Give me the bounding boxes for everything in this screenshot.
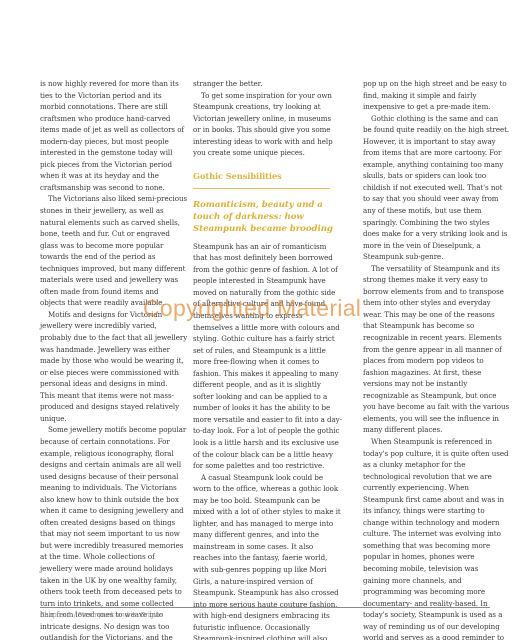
text-line: made by those who would be wearing it,: [40, 355, 182, 367]
text-line: pick pieces from the Victorian period: [40, 159, 182, 171]
text-line: Steampunk creations, try looking at: [193, 101, 335, 113]
text-line: ties to the Victorian period and its: [40, 90, 182, 102]
text-line: from the gothic genre of fashion. A lot …: [193, 264, 335, 276]
sub-heading-line: Steampunk became brooding: [193, 223, 335, 235]
text-line: people interested in Steampunk have: [193, 275, 335, 287]
text-column-3: pop up on the high street and be easy to…: [363, 78, 499, 640]
text-line: is now highly revered for more than its: [40, 78, 182, 90]
text-line: worn to the office, whereas a gothic loo…: [193, 483, 335, 495]
text-line: into more serious haute couture fashion,: [193, 599, 335, 611]
column-2-intro: stranger the better.To get some inspirat…: [193, 78, 335, 159]
text-line: interesting ideas to work with and help: [193, 136, 335, 148]
text-line: moved on naturally from the gothic side: [193, 287, 335, 299]
text-line: set of rules, and Steampunk is a little: [193, 345, 335, 357]
text-line: recognizable as Steampunk, but once: [363, 390, 499, 402]
text-line: futuristic influence. Occasionally: [193, 622, 335, 634]
text-line: many different genres, and into the: [193, 529, 335, 541]
text-line: gaining more channels, and: [363, 575, 499, 587]
text-line: mixed with a lot of other styles to make…: [193, 506, 335, 518]
text-line: designs and certain animals are all well: [40, 459, 182, 471]
text-line: Motifs and designs for Victorian: [40, 309, 182, 321]
text-line: with sub-genres popping up like Mori: [193, 564, 335, 576]
text-line: To get some inspiration for your own: [193, 90, 335, 102]
text-line: Steampunk has an air of romanticism: [193, 241, 335, 253]
text-line: that Steampunk has become so: [363, 320, 499, 332]
text-line: bone, teeth and fur. Cut or engraved: [40, 228, 182, 240]
text-line: number of looks it has the ability to be: [193, 402, 335, 414]
text-line: Some jewellery motifs become popular: [40, 424, 182, 436]
text-line: themselves a little more with colours an…: [193, 322, 335, 334]
column-2-body: Steampunk has an air of romanticismthat …: [193, 241, 335, 640]
sub-heading-line: touch of darkness: how: [193, 211, 335, 223]
text-line: may be too bold. Steampunk can be: [193, 495, 335, 507]
text-line: also knew how to think outside the box: [40, 494, 182, 506]
text-line: any of these motifs, but use them: [363, 205, 499, 217]
text-line: you create some unique pieces.: [193, 147, 335, 159]
text-line: probably due to the fact that all jewell…: [40, 332, 182, 344]
text-line: pop up on the high street and be easy to: [363, 78, 499, 90]
text-line: When Steampunk is referenced in: [363, 436, 499, 448]
text-line: more free-flowing when it comes to: [193, 356, 335, 368]
text-column-2: stranger the better.To get some inspirat…: [193, 78, 335, 640]
text-line: popular in homes, phones were: [363, 551, 499, 563]
text-line: borrow elements from and to transpose: [363, 286, 499, 298]
text-line: stranger the better.: [193, 78, 335, 90]
text-line: becoming mobile, television was: [363, 563, 499, 575]
text-line: This meant that items were not mass-: [40, 390, 182, 402]
text-line: materials were used and jewellery was: [40, 274, 182, 286]
text-line: modern-day pieces, but most people: [40, 136, 182, 148]
text-line: strong themes make it very easy to: [363, 274, 499, 286]
text-line: different people, and as it is slightly: [193, 379, 335, 391]
text-line: unique.: [40, 413, 182, 425]
text-column-1: is now highly revered for more than itst…: [40, 78, 182, 640]
running-footer: Chapter 1 / Steampunk and its Origins: [40, 611, 163, 619]
text-line: find, making it simple and fairly: [363, 90, 499, 102]
text-line: when it came to designing jewellery and: [40, 505, 182, 517]
text-line: stones in their jewellery, as well as: [40, 205, 182, 217]
text-line: was handmade. Jewellery was either: [40, 344, 182, 356]
text-line: jewellery were made around holidays: [40, 563, 182, 575]
text-line: meaning to individuals. The Victorians: [40, 482, 182, 494]
text-line: craftsmen who produce hand-carved: [40, 113, 182, 125]
text-line: styling. Gothic culture has a fairly str…: [193, 333, 335, 345]
text-line: items made of jet as well as collectors …: [40, 124, 182, 136]
footer-divider: [40, 607, 490, 608]
text-line: its infancy, things were starting to: [363, 505, 499, 517]
text-line: outlandish for the Victorians, and the: [40, 632, 182, 640]
text-line: often made from found items and: [40, 286, 182, 298]
text-line: but were incredibly treasured memories: [40, 540, 182, 552]
text-line: technological revolution that we are: [363, 471, 499, 483]
text-line: with high-end designers embracing its: [193, 610, 335, 622]
text-line: Victorian jewellery online, in museums: [193, 113, 335, 125]
text-line: more versatile and easier to fit into a …: [193, 414, 335, 426]
text-line: to-day look. For a lot of people the got…: [193, 425, 335, 437]
text-line: at the time. Whole collections of: [40, 551, 182, 563]
text-line: from items that are more cartoony. For: [363, 147, 499, 159]
text-line: skulls, bats or spiders can look too: [363, 170, 499, 182]
text-line: you have become au fait with the various: [363, 401, 499, 413]
text-line: objects that were readily available.: [40, 297, 182, 309]
text-line: because of certain connotations. For: [40, 436, 182, 448]
text-line: when it was at its heyday and the: [40, 170, 182, 182]
text-line: many different places.: [363, 424, 499, 436]
text-line: change within technology and modern: [363, 517, 499, 529]
text-line: culture. The internet was evolving into: [363, 528, 499, 540]
text-line: way of reminding us of our developing: [363, 621, 499, 633]
text-line: softer looking and can be applied to a: [193, 391, 335, 403]
text-line: be found quite readily on the high stree…: [363, 124, 499, 136]
text-line: lighter, and has managed to merge into: [193, 518, 335, 530]
text-line: inexpensive to get a pre-made item.: [363, 101, 499, 113]
text-line: or in books. This should give you some: [193, 124, 335, 136]
text-line: others took teeth from deceased pets to: [40, 586, 182, 598]
text-line: from the genre appear in all manner of: [363, 344, 499, 356]
text-line: currently experiencing. When: [363, 482, 499, 494]
text-line: personal ideas and designs in mind.: [40, 378, 182, 390]
text-line: intricate designs. No design was too: [40, 621, 182, 633]
text-line: Steampunk-inspired clothing will also: [193, 633, 335, 640]
text-line: Steampunk. Steampunk has also crossed: [193, 587, 335, 599]
text-line: morbid connotations. There are still: [40, 101, 182, 113]
text-line: to say that you should veer away from: [363, 193, 499, 205]
text-line: childish if not executed well. That's no…: [363, 182, 499, 194]
section-heading: Gothic Sensibilities: [193, 170, 330, 189]
text-line: something that was becoming more: [363, 540, 499, 552]
text-line: does make for a very striking look and i…: [363, 228, 499, 240]
sub-heading-line: Romanticism, beauty and a: [193, 199, 335, 211]
text-line: themselves wanting to express: [193, 310, 335, 322]
text-line: recognizable in recent years. Elements: [363, 332, 499, 344]
text-line: often created designs based on things: [40, 517, 182, 529]
text-line: craftsmanship was second to none.: [40, 182, 182, 194]
text-line: techniques improved, but many different: [40, 263, 182, 275]
text-line: used designs because of their personal: [40, 471, 182, 483]
text-line: or else pieces were commissioned with: [40, 367, 182, 379]
text-line: reaches into the fantasy, faerie world,: [193, 552, 335, 564]
text-line: fashion. This makes it appealing to many: [193, 368, 335, 380]
text-line: mainstream in some cases. It also: [193, 541, 335, 553]
text-line: sparingly. Combining the two styles: [363, 217, 499, 229]
text-line: that has most definitely been borrowed: [193, 252, 335, 264]
text-line: programming was becoming more: [363, 586, 499, 598]
text-line: as a clunky metaphor for the: [363, 459, 499, 471]
text-line: A casual Steampunk look could be: [193, 472, 335, 484]
text-line: natural elements such as carved shells,: [40, 217, 182, 229]
text-line: today's pop culture, it is quite often u…: [363, 448, 499, 460]
text-line: look is a little harsh and its exclusive…: [193, 437, 335, 449]
text-line: fashion magazines. At first, these: [363, 367, 499, 379]
text-line: jewellery were incredibly varied,: [40, 320, 182, 332]
text-line: more in the vein of Dieselpunk, a: [363, 240, 499, 252]
text-line: today's society, Steampunk is used as a: [363, 609, 499, 621]
text-line: example, anything containing too many: [363, 159, 499, 171]
sub-heading: Romanticism, beauty and a touch of darkn…: [193, 199, 335, 236]
text-line: places from modern pop videos to: [363, 355, 499, 367]
text-line: Steampunk sub-genre.: [363, 251, 499, 263]
text-line: of alternative culture and have found: [193, 298, 335, 310]
text-line: Girls, a nature-inspired version of: [193, 576, 335, 588]
text-line: However, it is important to stay away: [363, 136, 499, 148]
text-line: taken in the UK by one wealthy family,: [40, 575, 182, 587]
text-line: produced and designs stayed relatively: [40, 401, 182, 413]
text-line: example, religious iconography, floral: [40, 448, 182, 460]
text-line: that may not seem important to us now: [40, 528, 182, 540]
text-line: them into other styles and everyday: [363, 297, 499, 309]
text-line: elements, you will see the influence in: [363, 413, 499, 425]
book-page: is now highly revered for more than itst…: [0, 0, 529, 640]
text-line: versions may not be instantly: [363, 378, 499, 390]
text-line: The versatility of Steampunk and its: [363, 263, 499, 275]
text-line: of the colour black can be a little heav…: [193, 449, 335, 461]
text-line: for some palettes and too restrictive.: [193, 460, 335, 472]
text-line: Gothic clothing is the same and can: [363, 113, 499, 125]
text-line: towards the end of the period as: [40, 251, 182, 263]
text-line: The Victorians also liked semi-precious: [40, 193, 182, 205]
text-line: wear. This may be one of the reasons: [363, 309, 499, 321]
text-line: Steampunk first came about and was in: [363, 494, 499, 506]
text-line: interested in the gemstone today will: [40, 147, 182, 159]
text-line: world and serves as a good reminder to: [363, 632, 499, 640]
text-line: glass was to become more popular: [40, 240, 182, 252]
